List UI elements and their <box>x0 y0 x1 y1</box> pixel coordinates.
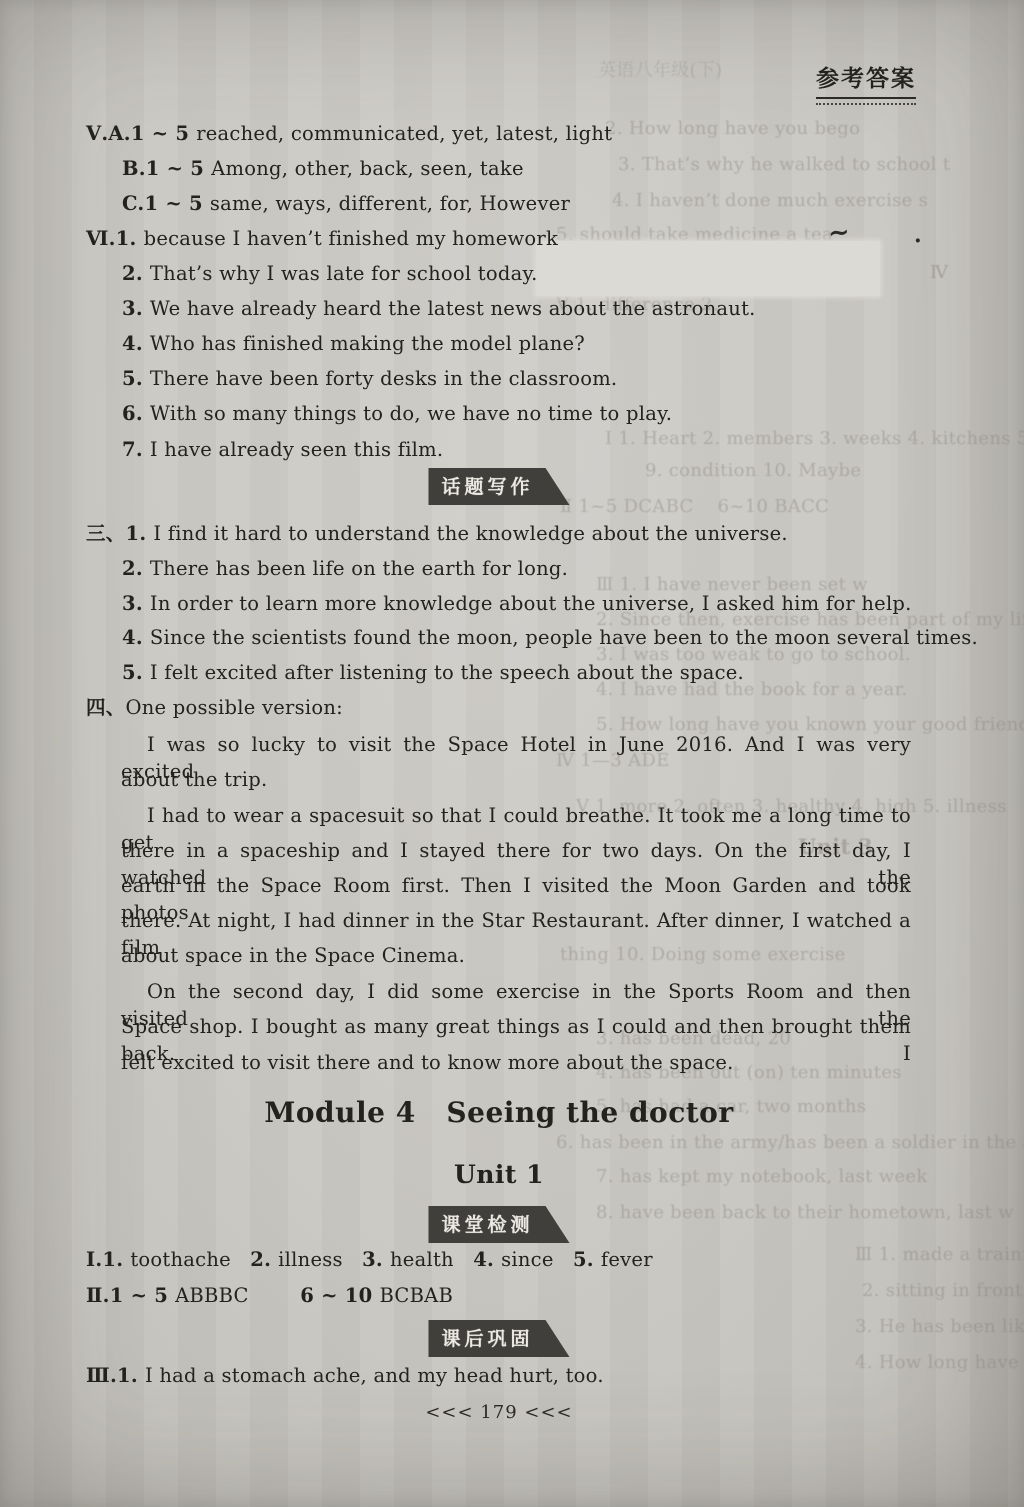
answer-line-segment: Ⅴ.A.1 ~ 5 <box>86 122 196 145</box>
answer-line-segment: 2. <box>250 1248 278 1271</box>
answer-line-segment: 6. <box>122 402 150 425</box>
answer-line-segment: B.1 ~ 5 <box>122 157 211 180</box>
answer-line-segment: 7. <box>122 438 150 461</box>
answer-line: 2. That’s why I was late for school toda… <box>122 260 538 287</box>
answer-line-segment: One possible version: <box>126 696 343 719</box>
answer-line-segment: There has been life on the earth for lon… <box>150 557 568 580</box>
ghost-text-line: Ⅲ 1. made a training plan <box>855 1244 1024 1265</box>
section-badge: 话题写作 <box>428 468 569 505</box>
ghost-text-line: Ⅳ <box>930 262 948 283</box>
answer-line-segment: Among, other, back, seen, take <box>211 157 524 180</box>
answer-line-segment: 三、1. <box>86 522 153 545</box>
answer-line: 7. I have already seen this film. <box>122 436 443 463</box>
answer-line-segment: I had a stomach ache, and my head hurt, … <box>145 1364 604 1387</box>
answer-line-segment: Who has finished making the model plane? <box>150 332 585 355</box>
answer-line-segment: since <box>501 1248 573 1271</box>
answer-line: C.1 ~ 5 same, ways, different, for, Howe… <box>122 190 570 217</box>
module-heading: Module 4 Seeing the doctor <box>86 1096 912 1129</box>
answer-line-segment: With so many things to do, we have no ti… <box>150 402 672 425</box>
answer-line-segment: 四、 <box>86 696 126 719</box>
answer-line: Ⅰ.1. toothache 2. illness 3. health 4. s… <box>86 1246 653 1273</box>
answer-line: 3. In order to learn more knowledge abou… <box>122 590 912 617</box>
answer-line-segment: fever <box>601 1248 653 1271</box>
ghost-text-line: 英语八年级(下) <box>598 56 722 82</box>
answer-line-segment: BCBAB <box>379 1284 453 1307</box>
ghost-text-line: 6. has been in the army/has been a soldi… <box>556 1132 1024 1153</box>
page-number-footer: <<< 179 <<< <box>86 1402 912 1423</box>
answer-line: about the trip. <box>121 766 267 793</box>
answer-line-segment: ABBBC <box>175 1284 300 1307</box>
scanned-answer-page: 英语八年级(下)2. How long have you bego3. That… <box>0 0 1024 1507</box>
answer-line: about space in the Space Cinema. <box>121 942 465 969</box>
answer-line-segment: 4. <box>122 332 150 355</box>
answer-line-segment: about space in the Space Cinema. <box>121 944 465 967</box>
answer-line: Ⅲ.1. I had a stomach ache, and my head h… <box>86 1362 604 1389</box>
section-badge: 课堂检测 <box>428 1206 569 1243</box>
answer-line: 4. Since the scientists found the moon, … <box>122 624 978 651</box>
ghost-text-line: 3. That’s why he walked to school t <box>618 154 950 175</box>
header-dotted-rule <box>816 103 916 105</box>
answer-line-segment: 2. <box>122 557 150 580</box>
answer-line-segment: 3. <box>362 1248 390 1271</box>
answer-line-segment: There have been forty desks in the class… <box>150 367 617 390</box>
answer-line: 2. There has been life on the earth for … <box>122 555 568 582</box>
section-badge-row: 课后巩固 <box>86 1320 912 1357</box>
answer-line-segment: Ⅱ.1 ~ 5 <box>86 1284 175 1307</box>
answer-line-segment: reached, communicated, yet, latest, ligh… <box>196 122 612 145</box>
answer-line: 4. Who has finished making the model pla… <box>122 330 585 357</box>
answer-line-segment: about the trip. <box>121 768 267 791</box>
answer-line-segment: Ⅲ.1. <box>86 1364 145 1387</box>
answer-line-segment: 3. <box>122 297 150 320</box>
ghost-text-line: 4. I haven’t done much exercise s <box>612 190 928 211</box>
page-header-title: 参考答案 <box>816 60 916 93</box>
answer-line-segment: I have already seen this film. <box>150 438 443 461</box>
answer-line-segment: C.1 ~ 5 <box>122 192 210 215</box>
answer-line: Ⅴ.A.1 ~ 5 reached, communicated, yet, la… <box>86 120 612 147</box>
answer-line: 5. There have been forty desks in the cl… <box>122 365 617 392</box>
answer-line-segment: We have already heard the latest news ab… <box>150 297 756 320</box>
answer-line: Ⅱ.1 ~ 5 ABBBC 6 ~ 10 BCBAB <box>86 1282 453 1309</box>
answer-line-segment: health <box>390 1248 473 1271</box>
answer-line-segment: In order to learn more knowledge about t… <box>150 592 912 615</box>
answer-line-segment: felt excited to visit there and to know … <box>121 1051 734 1074</box>
section-badge: 课后巩固 <box>428 1320 569 1357</box>
unit-heading: Unit 1 <box>86 1160 912 1189</box>
answer-line: 三、1. I find it hard to understand the kn… <box>86 520 788 547</box>
section-badge-row: 话题写作 <box>86 468 912 505</box>
answer-line-segment: 6 ~ 10 <box>300 1284 379 1307</box>
answer-line: felt excited to visit there and to know … <box>121 1049 734 1076</box>
answer-line-segment: toothache <box>130 1248 250 1271</box>
answer-line-segment: 5. <box>122 367 150 390</box>
answer-line-segment: Ⅰ.1. <box>86 1248 130 1271</box>
answer-line: 3. We have already heard the latest news… <box>122 295 756 322</box>
answer-line-segment: 5. <box>122 661 150 684</box>
whiteout-patch <box>536 241 880 296</box>
answer-line-segment: same, ways, different, for, However <box>210 192 570 215</box>
section-badge-row: 课堂检测 <box>86 1206 912 1243</box>
answer-line: 5. I felt excited after listening to the… <box>122 659 744 686</box>
answer-line-segment: That’s why I was late for school today. <box>150 262 538 285</box>
answer-line-segment: 2. <box>122 262 150 285</box>
answer-line-segment: Since the scientists found the moon, peo… <box>150 626 978 649</box>
answer-line-segment: I find it hard to understand the knowled… <box>153 522 787 545</box>
answer-line-segment: 4. <box>122 626 150 649</box>
answer-line: Ⅵ.1. because I haven’t finished my homew… <box>86 225 558 252</box>
answer-line: 6. With so many things to do, we have no… <box>122 400 672 427</box>
answer-line: B.1 ~ 5 Among, other, back, seen, take <box>122 155 524 182</box>
answer-line-segment: 3. <box>122 592 150 615</box>
answer-line-segment: 5. <box>573 1248 601 1271</box>
answer-line: 四、One possible version: <box>86 694 343 721</box>
answer-line-segment: Ⅵ.1. <box>86 227 144 250</box>
answer-line-segment: 4. <box>473 1248 501 1271</box>
ink-squiggle-mark: ~ <box>826 217 851 249</box>
page-header: 参考答案 <box>816 60 916 105</box>
ghost-text-line: 2. sitting in front of the TV <box>862 1280 1024 1301</box>
answer-line-segment: illness <box>278 1248 362 1271</box>
header-underline <box>816 97 916 99</box>
ink-dot-mark: · <box>914 228 922 254</box>
ghost-text-line: 2. How long have you bego <box>605 118 860 139</box>
answer-line-segment: because I haven’t finished my homework <box>144 227 558 250</box>
answer-line-segment: I felt excited after listening to the sp… <box>150 661 744 684</box>
ghost-text-line: Ⅰ 1. Heart 2. members 3. weeks 4. kitche… <box>605 428 1024 449</box>
